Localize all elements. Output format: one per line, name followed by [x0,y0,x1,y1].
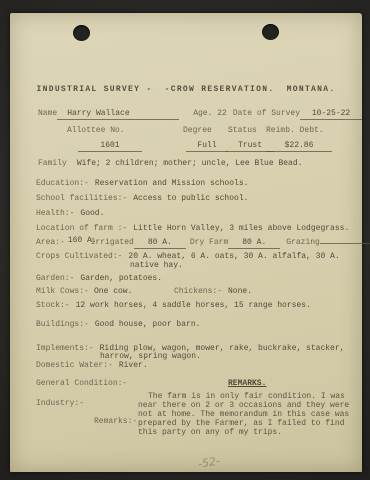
health-row: Health:- Good. [36,209,104,219]
school-facilities-label: School facilities:- [36,194,127,204]
name-row: Name Harry Wallace Age. 22 Date of Surve… [38,109,362,120]
remarks-label: Remarks:- [94,417,137,427]
family-value: Wife; 2 children; mother; uncle, Lee Blu… [77,159,303,169]
remarks-paragraph: The farm is in only fair condition. I wa… [138,392,353,437]
punch-hole-right [262,24,279,40]
stock-label: Stock:- [36,301,70,311]
farm-location-value: Little Horn Valley, 3 miles above Lodgeg… [133,224,349,234]
punch-hole-left [73,25,90,41]
chickens-value: None. [228,287,252,297]
survey-date-label: Date of Survey [233,109,300,119]
stock-value: 12 work horses, 4 saddle horses, 15 rang… [76,301,311,311]
health-value: Good. [80,209,104,219]
age-label: Age. 22 [193,109,227,119]
dry-farm-label: Dry Farm [186,238,228,248]
farm-location-row: Location of farm :- Little Horn Valley, … [36,224,349,234]
general-condition-label: General Condition:- [36,379,127,389]
status-header: Status [228,126,257,136]
school-facilities-value: Access to public school. [133,194,248,204]
grazing-value [320,243,370,244]
remarks-label-row: Remarks:- [94,417,137,427]
irrigated-value: 80 A. [134,238,186,249]
allottee-no-value: 1601 [78,141,142,152]
buildings-row: Buildings:- Good house, poor barn. [36,320,200,330]
education-label: Education:- [36,179,89,189]
family-label: Family [38,159,67,169]
allottee-no-header: Allottee No. [67,126,125,136]
scanned-document-page: INDUSTRIAL SURVEY - -CROW RESERVATION. M… [0,0,370,480]
degree-header: Degree [183,126,212,136]
paper-sheet: INDUSTRIAL SURVEY - -CROW RESERVATION. M… [10,13,362,472]
domestic-water-label: Domestic Water:- [36,361,113,371]
garden-label: Garden:- [36,274,74,284]
education-row: Education:- Reservation and Mission scho… [36,179,248,189]
area-total-value: 160 A. [65,236,97,246]
crops-label: Crops Cultivated:- [36,252,122,262]
farm-location-label: Location of farm :- [36,224,127,234]
document-title: INDUSTRIAL SURVEY - -CROW RESERVATION. M… [10,85,362,95]
family-row: Family Wife; 2 children; mother; uncle, … [38,159,302,169]
milk-cows-label: Milk Cows:- [36,287,89,297]
grazing-label: Grazing [280,238,320,248]
irrigated-label: Irrigated [91,238,134,248]
reimb-debt-header: Reimb. Debt. [266,126,324,136]
dry-farm-value: 80 A. [228,238,280,249]
area-row: Area:- 160 A. Irrigated 80 A. Dry Farm 8… [36,238,370,249]
domestic-water-row: Domestic Water:- River. [36,361,148,371]
name-label: Name [38,109,57,119]
garden-row: Garden:- Garden, potatoes. [36,274,162,284]
buildings-value: Good house, poor barn. [95,320,201,330]
buildings-label: Buildings:- [36,320,89,330]
industry-label: Industry:- [36,399,84,409]
health-label: Health:- [36,209,74,219]
domestic-water-value: River. [119,361,148,371]
school-facilities-row: School facilities:- Access to public sch… [36,194,248,204]
area-label: Area:- [36,238,65,248]
name-value: Harry Wallace [57,109,179,120]
remarks-heading: REMARKS. [228,379,266,389]
crops-value-line2: native hay. [130,261,183,271]
reimb-debt-value: $22.86 [266,141,332,152]
industry-row: Industry:- [36,399,84,409]
pencil-page-mark: -52- [197,454,221,471]
implements-label: Implements:- [36,344,94,354]
title-text: INDUSTRIAL SURVEY - -CROW RESERVATION. M… [37,85,336,95]
chickens-label: Chickens:- [174,287,222,297]
crops-row-continued: native hay. [130,261,183,271]
crops-row: Crops Cultivated:- 20 A. wheat, 6 A. oat… [36,252,340,262]
education-value: Reservation and Mission schools. [95,179,249,189]
degree-value: Full [186,141,228,152]
survey-date-value: 10-25-22 [300,109,362,120]
garden-value: Garden, potatoes. [80,274,162,284]
milk-cows-value: One cow. [94,287,132,297]
stock-row: Stock:- 12 work horses, 4 saddle horses,… [36,301,311,311]
